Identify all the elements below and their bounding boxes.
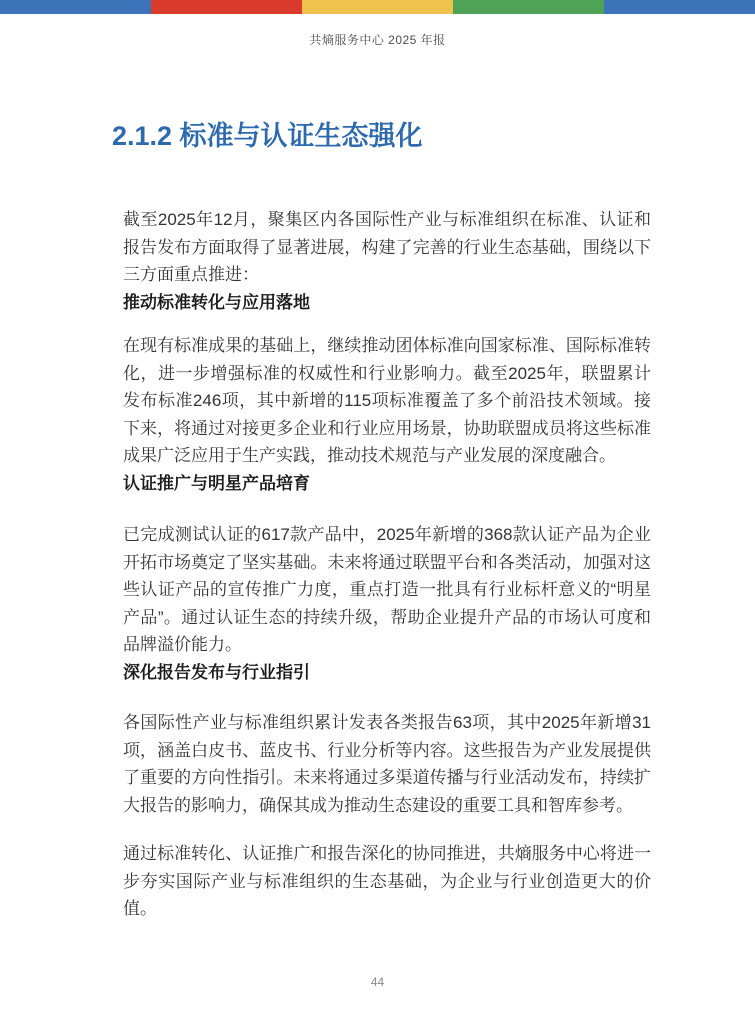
- section-heading: 2.1.2 标准与认证生态强化: [112, 121, 755, 151]
- subheading-report-publishing: 深化报告发布与行业指引: [123, 659, 651, 687]
- color-bar-segment-yellow: [302, 0, 453, 14]
- document-page: 共熵服务中心 2025 年报 2.1.2 标准与认证生态强化 截至2025年12…: [0, 0, 755, 1024]
- closing-paragraph: 通过标准转化、认证推广和报告深化的协同推进，共熵服务中心将进一步夯实国际产业与标…: [123, 840, 651, 923]
- subheading-certification-promotion: 认证推广与明星产品培育: [123, 470, 651, 498]
- paragraph-standards-transformation: 在现有标准成果的基础上，继续推动团体标准向国家标准、国际标准转化，进一步增强标准…: [123, 332, 651, 470]
- color-bar-segment-red: [151, 0, 302, 14]
- subheading-standards-transformation: 推动标准转化与应用落地: [123, 289, 651, 317]
- body-column: 截至2025年12月，聚集区内各国际性产业与标准组织在标准、认证和报告发布方面取…: [123, 206, 651, 923]
- paragraph-certification-promotion: 已完成测试认证的617款产品中，2025年新增的368款认证产品为企业开拓市场奠…: [123, 521, 651, 659]
- intro-paragraph: 截至2025年12月，聚集区内各国际性产业与标准组织在标准、认证和报告发布方面取…: [123, 206, 651, 289]
- paragraph-report-publishing: 各国际性产业与标准组织累计发表各类报告63项，其中2025年新增31项，涵盖白皮…: [123, 709, 651, 819]
- color-bar-segment-green: [453, 0, 604, 14]
- page-number: 44: [0, 975, 755, 989]
- top-color-bar: [0, 0, 755, 14]
- running-header: 共熵服务中心 2025 年报: [0, 33, 755, 47]
- color-bar-segment-blue: [0, 0, 151, 14]
- color-bar-segment-blue-2: [604, 0, 755, 14]
